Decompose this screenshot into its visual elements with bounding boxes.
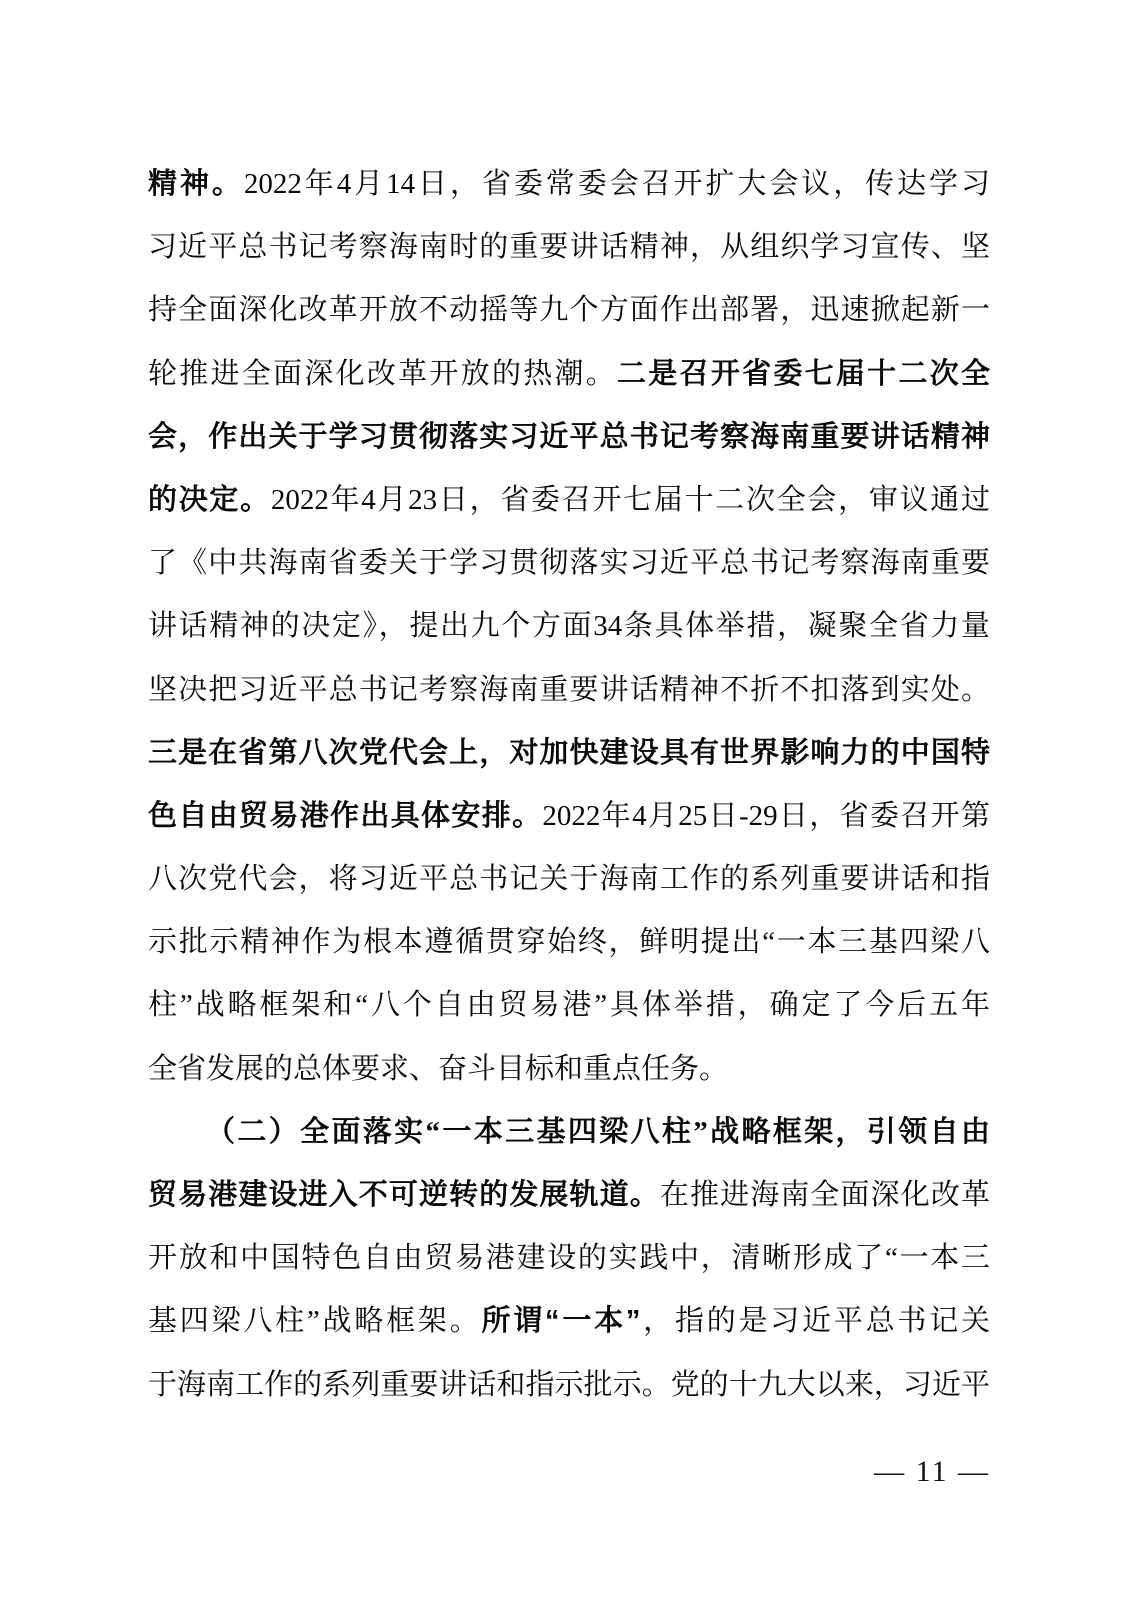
document-body: 精神。2022年4月14日，省委常委会召开扩大会议，传达学习习近平总书记考察海南… [148, 153, 990, 1417]
text-line: 贸易港建设进入不可逆转的发展轨道。在推进海南全面深化改革 [148, 1164, 990, 1227]
text-line: 于海南工作的系列重要讲话和指示批示。党的十九大以来，习近平 [148, 1354, 990, 1417]
text-line: 基四梁八柱”战略框架。所谓“一本”，指的是习近平总书记关 [148, 1290, 990, 1353]
text-segment-kai: 贸易港建设进入不可逆转的发展轨道。 [148, 1179, 660, 1211]
text-segment-hei: 三是在省第八次党代会上，对加快建设具有世界影响力的中国特 [148, 737, 990, 769]
text-line: 会，作出关于学习贯彻落实习近平总书记考察海南重要讲话精神 [148, 406, 990, 469]
document-page: 精神。2022年4月14日，省委常委会召开扩大会议，传达学习习近平总书记考察海南… [0, 0, 1138, 1600]
text-segment-song: 讲话精神的决定》，提出九个方面34条具体举措，凝聚全省力量 [148, 610, 990, 642]
text-line: 示批示精神作为根本遵循贯穿始终，鲜明提出“一本三基四梁八 [148, 911, 990, 974]
text-segment-hei: 会，作出关于学习贯彻落实习近平总书记考察海南重要讲话精神 [148, 421, 990, 453]
text-line: 全省发展的总体要求、奋斗目标和重点任务。 [148, 1038, 990, 1101]
text-line: 开放和中国特色自由贸易港建设的实践中，清晰形成了“一本三 [148, 1227, 990, 1290]
text-line: 精神。2022年4月14日，省委常委会召开扩大会议，传达学习 [148, 153, 990, 216]
text-line: 轮推进全面深化改革开放的热潮。二是召开省委七届十二次全 [148, 343, 990, 406]
text-segment-song: 坚决把习近平总书记考察海南重要讲话精神不折不扣落到实处。 [148, 674, 990, 706]
text-line: 坚决把习近平总书记考察海南重要讲话精神不折不扣落到实处。 [148, 659, 990, 722]
text-segment-song: 2022年4月25日-29日，省委召开第 [542, 800, 990, 832]
text-line: 讲话精神的决定》，提出九个方面34条具体举措，凝聚全省力量 [148, 595, 990, 658]
text-line: （二）全面落实“一本三基四梁八柱”战略框架，引领自由 [148, 1101, 990, 1164]
text-segment-song: 于海南工作的系列重要讲话和指示批示。党的十九大以来，习近平 [148, 1369, 990, 1401]
text-segment-song: 八次党代会，将习近平总书记关于海南工作的系列重要讲话和指 [148, 863, 990, 895]
text-segment-hei: 二是召开省委七届十二次全 [617, 358, 990, 390]
text-segment-song: 在推进海南全面深化改革 [660, 1179, 990, 1211]
text-segment-song: 开放和中国特色自由贸易港建设的实践中，清晰形成了“一本三 [148, 1242, 990, 1274]
text-line: 习近平总书记考察海南时的重要讲话精神，从组织学习宣传、坚 [148, 216, 990, 279]
text-line: 柱”战略框架和“八个自由贸易港”具体举措，确定了今后五年 [148, 974, 990, 1037]
text-line: 了《中共海南省委关于学习贯彻落实习近平总书记考察海南重要 [148, 532, 990, 595]
page-number: — 11 — [874, 1448, 990, 1496]
text-line: 持全面深化改革开放不动摇等九个方面作出部署，迅速掀起新一 [148, 279, 990, 342]
text-segment-song: 了《中共海南省委关于学习贯彻落实习近平总书记考察海南重要 [148, 547, 990, 579]
text-segment-hei: 所谓“一本” [481, 1305, 640, 1337]
text-segment-hei: 色自由贸易港作出具体安排。 [148, 800, 542, 832]
text-segment-kai: （二）全面落实“一本三基四梁八柱”战略框架，引领自由 [206, 1116, 990, 1148]
text-segment-song: 习近平总书记考察海南时的重要讲话精神，从组织学习宣传、坚 [148, 231, 990, 263]
text-line: 色自由贸易港作出具体安排。2022年4月25日-29日，省委召开第 [148, 785, 990, 848]
text-line: 八次党代会，将习近平总书记关于海南工作的系列重要讲话和指 [148, 848, 990, 911]
text-line: 的决定。2022年4月23日，省委召开七届十二次全会，审议通过 [148, 469, 990, 532]
text-segment-hei: 的决定。 [148, 484, 271, 516]
text-segment-hei: 精神。 [148, 168, 244, 200]
text-segment-song: 2022年4月14日，省委常委会召开扩大会议，传达学习 [244, 168, 990, 200]
text-segment-song: 柱”战略框架和“八个自由贸易港”具体举措，确定了今后五年 [148, 989, 990, 1021]
text-segment-song: 示批示精神作为根本遵循贯穿始终，鲜明提出“一本三基四梁八 [148, 926, 990, 958]
text-segment-song: 基四梁八柱”战略框架。 [148, 1305, 481, 1337]
text-segment-song: 轮推进全面深化改革开放的热潮。 [148, 358, 617, 390]
text-segment-song: 持全面深化改革开放不动摇等九个方面作出部署，迅速掀起新一 [148, 294, 990, 326]
text-segment-song: 2022年4月23日，省委召开七届十二次全会，审议通过 [271, 484, 990, 516]
text-segment-song: ，指的是习近平总书记关 [640, 1305, 990, 1337]
text-segment-song: 全省发展的总体要求、奋斗目标和重点任务。 [148, 1053, 728, 1085]
text-line: 三是在省第八次党代会上，对加快建设具有世界影响力的中国特 [148, 722, 990, 785]
